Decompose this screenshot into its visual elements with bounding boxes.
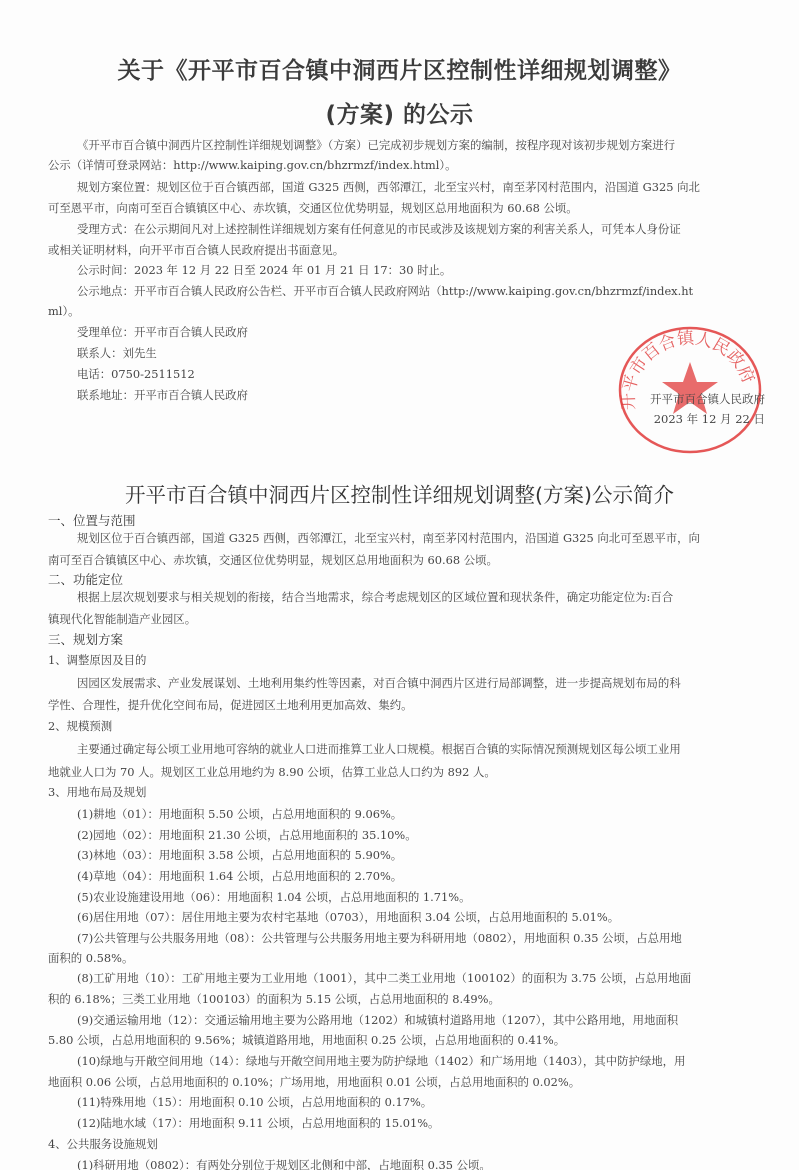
section-heading-function: 二、功能定位	[48, 570, 123, 588]
notice-para3-line1: 受理方式：在公示期间凡对上述控制性详细规划方案有任何意见的市民或涉及该规划方案的…	[77, 219, 681, 239]
land-item-7-line2: 面积的 0.58%。	[48, 948, 133, 968]
notice-para1-line1: 《开平市百合镇中洞西片区控制性详细规划调整》（方案）已完成初步规划方案的编制，按…	[77, 135, 675, 155]
land-item-10-line1: (10)绿地与开敞空间用地（14）：绿地与开敞空间用地主要为防护绿地（1402）…	[77, 1051, 685, 1071]
document-page: 关于《开平市百合镇中洞西片区控制性详细规划调整》 (方案) 的公示 《开平市百合…	[0, 0, 799, 1170]
subheading-public-service: 4、公共服务设施规划	[48, 1134, 158, 1154]
land-item-12: (12)陆地水域（17）：用地面积 9.11 公顷，占总用地面积的 15.01%…	[77, 1113, 439, 1133]
scale-line1: 主要通过确定每公顷工业用地可容纳的就业人口进而推算工业人口规模。根据百合镇的实际…	[77, 739, 681, 759]
section-function-line1: 根据上层次规划要求与相关规划的衔接，结合当地需求，综合考虑规划区的区域位置和现状…	[77, 587, 673, 607]
official-seal-icon: 开平市百合镇人民政府	[617, 326, 763, 454]
notice-para2-line1: 规划方案位置：规划区位于百合镇西部，国道 G325 西侧，西邻潭江，北至宝兴村，…	[77, 177, 700, 197]
signature-date: 2023 年 12 月 22 日	[623, 411, 765, 427]
notice-phone: 电话：0750-2511512	[77, 364, 195, 384]
subheading-scale: 2、规模预测	[48, 716, 112, 736]
land-item-5: (5)农业设施建设用地（06）：用地面积 1.04 公顷，占总用地面积的 1.7…	[77, 887, 471, 907]
land-item-9-line2: 5.80 公顷，占总用地面积的 9.56%；城镇道路用地，用地面积 0.25 公…	[48, 1030, 565, 1050]
land-item-6: (6)居住用地（07）：居住用地主要为农村宅基地（0703），用地面积 3.04…	[77, 907, 619, 927]
notice-place-line2: ml）。	[48, 301, 80, 321]
notice-para2-line2: 可至恩平市，向南可至百合镇镇区中心、赤坎镇，交通区位优势明显，规划区总用地面积为…	[48, 198, 578, 218]
notice-time: 公示时间：2023 年 12 月 22 日至 2024 年 01 月 21 日 …	[77, 260, 451, 280]
subheading-land-use: 3、用地布局及规划	[48, 782, 146, 802]
land-item-11: (11)特殊用地（15）：用地面积 0.10 公顷，占总用地面积的 0.17%。	[77, 1092, 432, 1112]
signature-org: 开平市百合镇人民政府	[623, 391, 765, 407]
land-item-2: (2)园地（02）：用地面积 21.30 公顷，占总用地面积的 35.10%。	[77, 825, 417, 845]
notice-para3-line2: 或相关证明材料，向开平市百合镇人民政府提出书面意见。	[48, 240, 344, 260]
land-item-8-line2: 积的 6.18%；三类工业用地（100103）的面积为 5.15 公顷，占总用地…	[48, 989, 500, 1009]
land-item-1: (1)耕地（01）：用地面积 5.50 公顷，占总用地面积的 9.06%。	[77, 804, 402, 824]
adjustment-line2: 学性、合理性，提升优化空间布局，促进园区土地利用更加高效、集约。	[48, 695, 413, 715]
land-item-8-line1: (8)工矿用地（10）：工矿用地主要为工业用地（1001），其中二类工业用地（1…	[77, 968, 691, 988]
section-location-line2: 南可至百合镇镇区中心、赤坎镇，交通区位优势明显，规划区总用地面积为 60.68 …	[48, 550, 498, 570]
section-heading-plan: 三、规划方案	[48, 630, 123, 648]
notice-address: 联系地址：开平市百合镇人民政府	[77, 385, 248, 405]
notice-para1-line2: 公示（详情可登录网站：http://www.kaiping.gov.cn/bhz…	[48, 155, 456, 175]
notice-title-line1: 关于《开平市百合镇中洞西片区控制性详细规划调整》	[0, 52, 799, 85]
section-location-line1: 规划区位于百合镇西部，国道 G325 西侧，西邻潭江，北至宝兴村，南至茅冈村范围…	[77, 528, 700, 548]
land-item-4: (4)草地（04）：用地面积 1.64 公顷，占总用地面积的 2.70%。	[77, 866, 402, 886]
land-item-3: (3)林地（03）：用地面积 3.58 公顷，占总用地面积的 5.90%。	[77, 845, 402, 865]
land-item-7-line1: (7)公共管理与公共服务用地（08）：公共管理与公共服务用地主要为科研用地（08…	[77, 928, 682, 948]
section-heading-location: 一、位置与范围	[48, 511, 136, 529]
notice-place-line1: 公示地点：开平市百合镇人民政府公告栏、开平市百合镇人民政府网站（http://w…	[77, 281, 693, 301]
adjustment-line1: 因园区发展需求、产业发展谋划、土地利用集约性等因素，对百合镇中洞西片区进行局部调…	[77, 673, 681, 693]
land-item-9-line1: (9)交通运输用地（12）：交通运输用地主要为公路用地（1202）和城镇村道路用…	[77, 1010, 678, 1030]
land-item-10-line2: 地面积 0.06 公顷，占总用地面积的 0.10%；广场用地，用地面积 0.01…	[48, 1072, 580, 1092]
summary-title: 开平市百合镇中洞西片区控制性详细规划调整(方案)公示简介	[0, 478, 799, 508]
subheading-adjustment: 1、调整原因及目的	[48, 650, 146, 670]
section-function-line2: 镇现代化智能制造产业园区。	[48, 609, 196, 629]
notice-unit: 受理单位：开平市百合镇人民政府	[77, 322, 248, 342]
notice-title-line2: (方案) 的公示	[0, 96, 799, 129]
scale-line2: 地就业人口为 70 人。规划区工业总用地约为 8.90 公顷，估算工业总人口约为…	[48, 762, 496, 782]
notice-contact: 联系人：刘先生	[77, 343, 157, 363]
public-service-item-1: (1)科研用地（0802）：有两处分别位于规划区北侧和中部，占地面积 0.35 …	[77, 1155, 491, 1170]
